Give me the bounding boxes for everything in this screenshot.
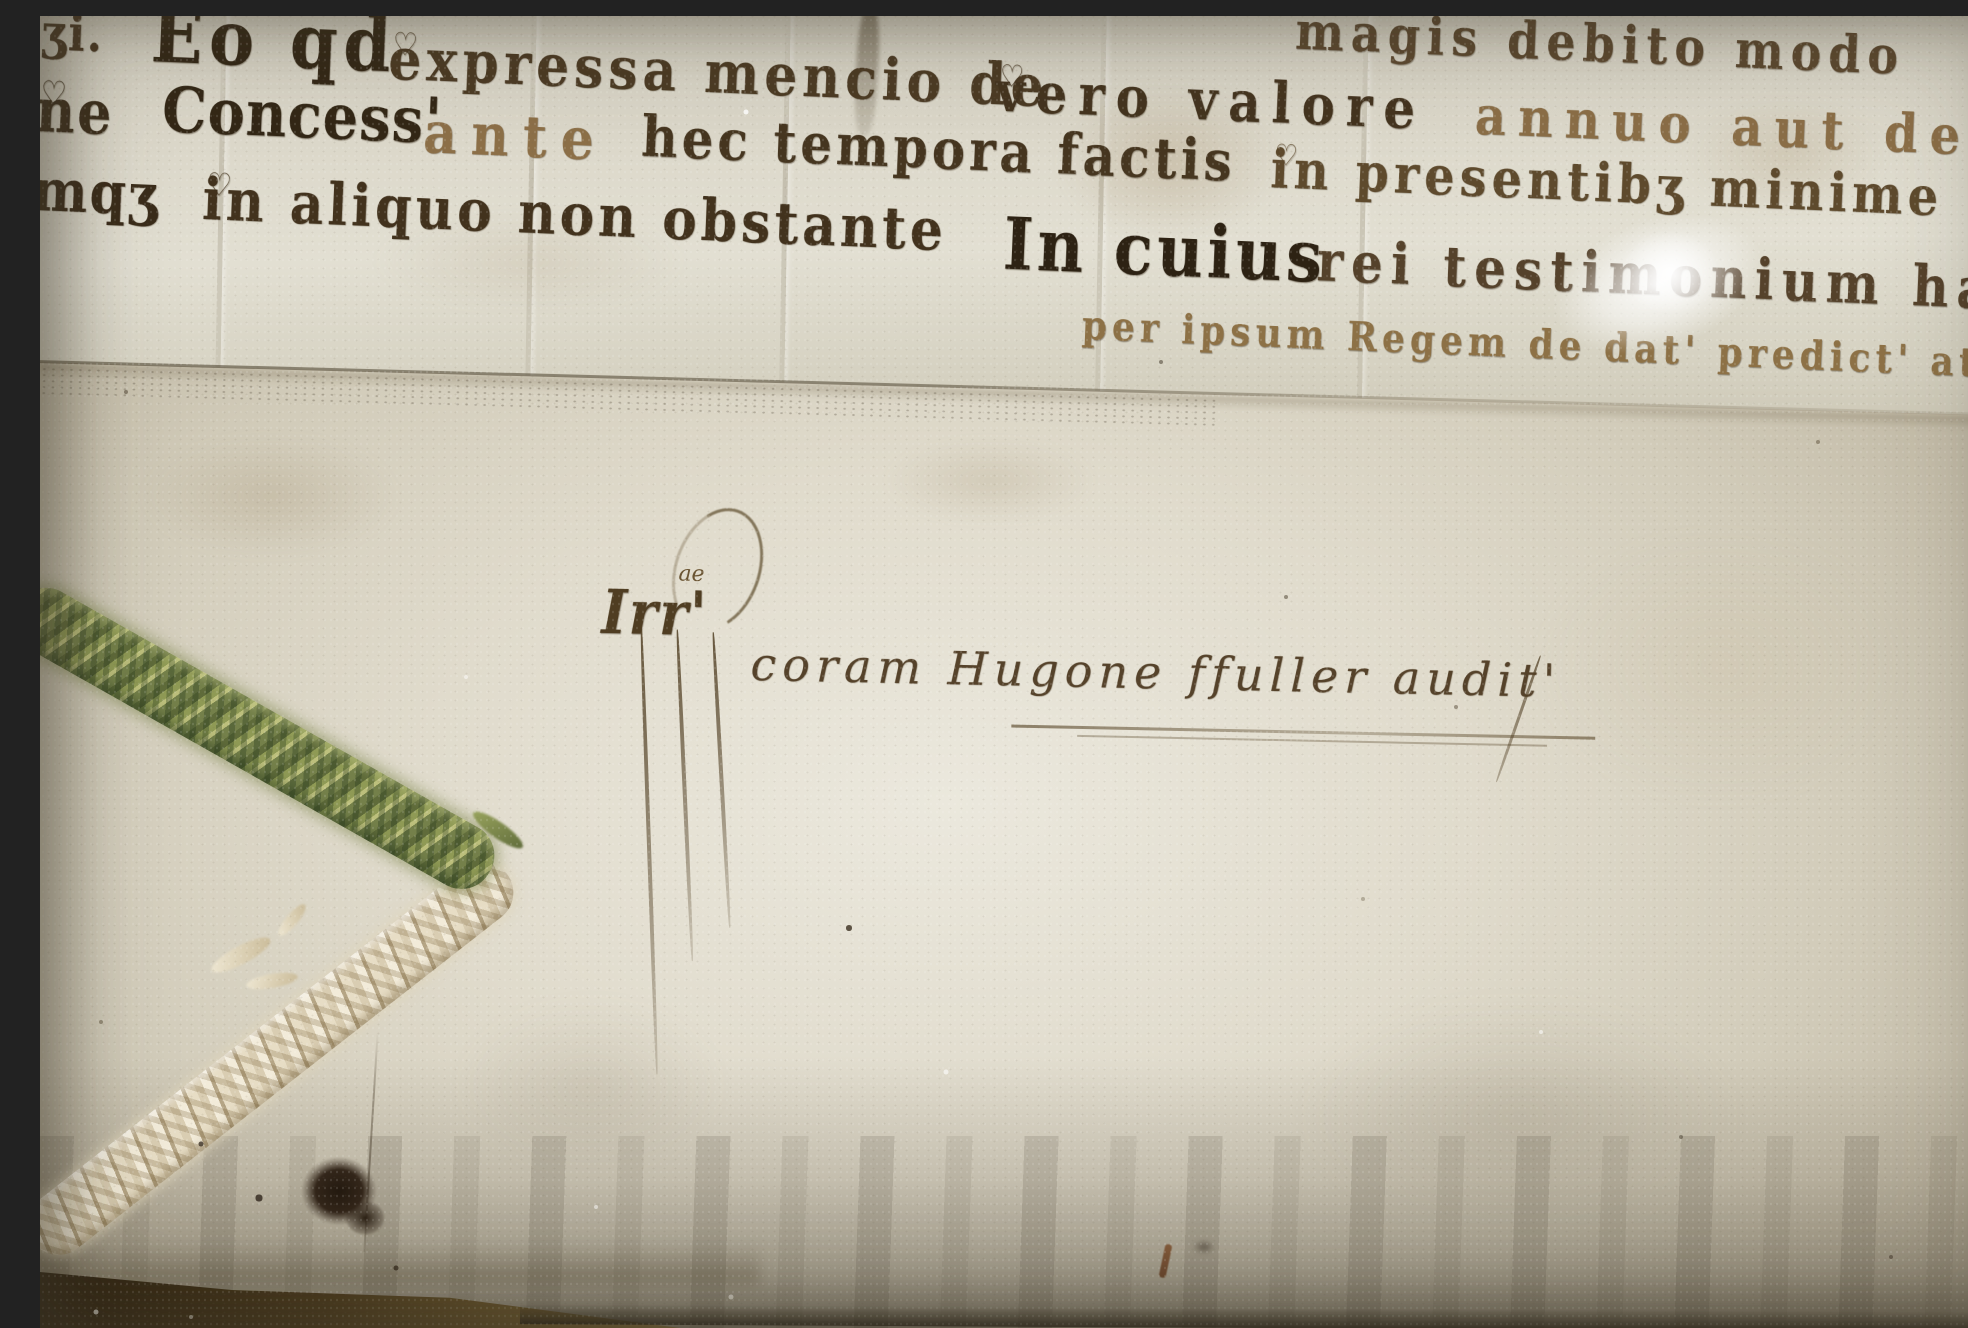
photo-vignette (40, 16, 1968, 1328)
parchment-photo: magis debito modo ʒi. Eo qd expressa men… (40, 16, 1968, 1328)
